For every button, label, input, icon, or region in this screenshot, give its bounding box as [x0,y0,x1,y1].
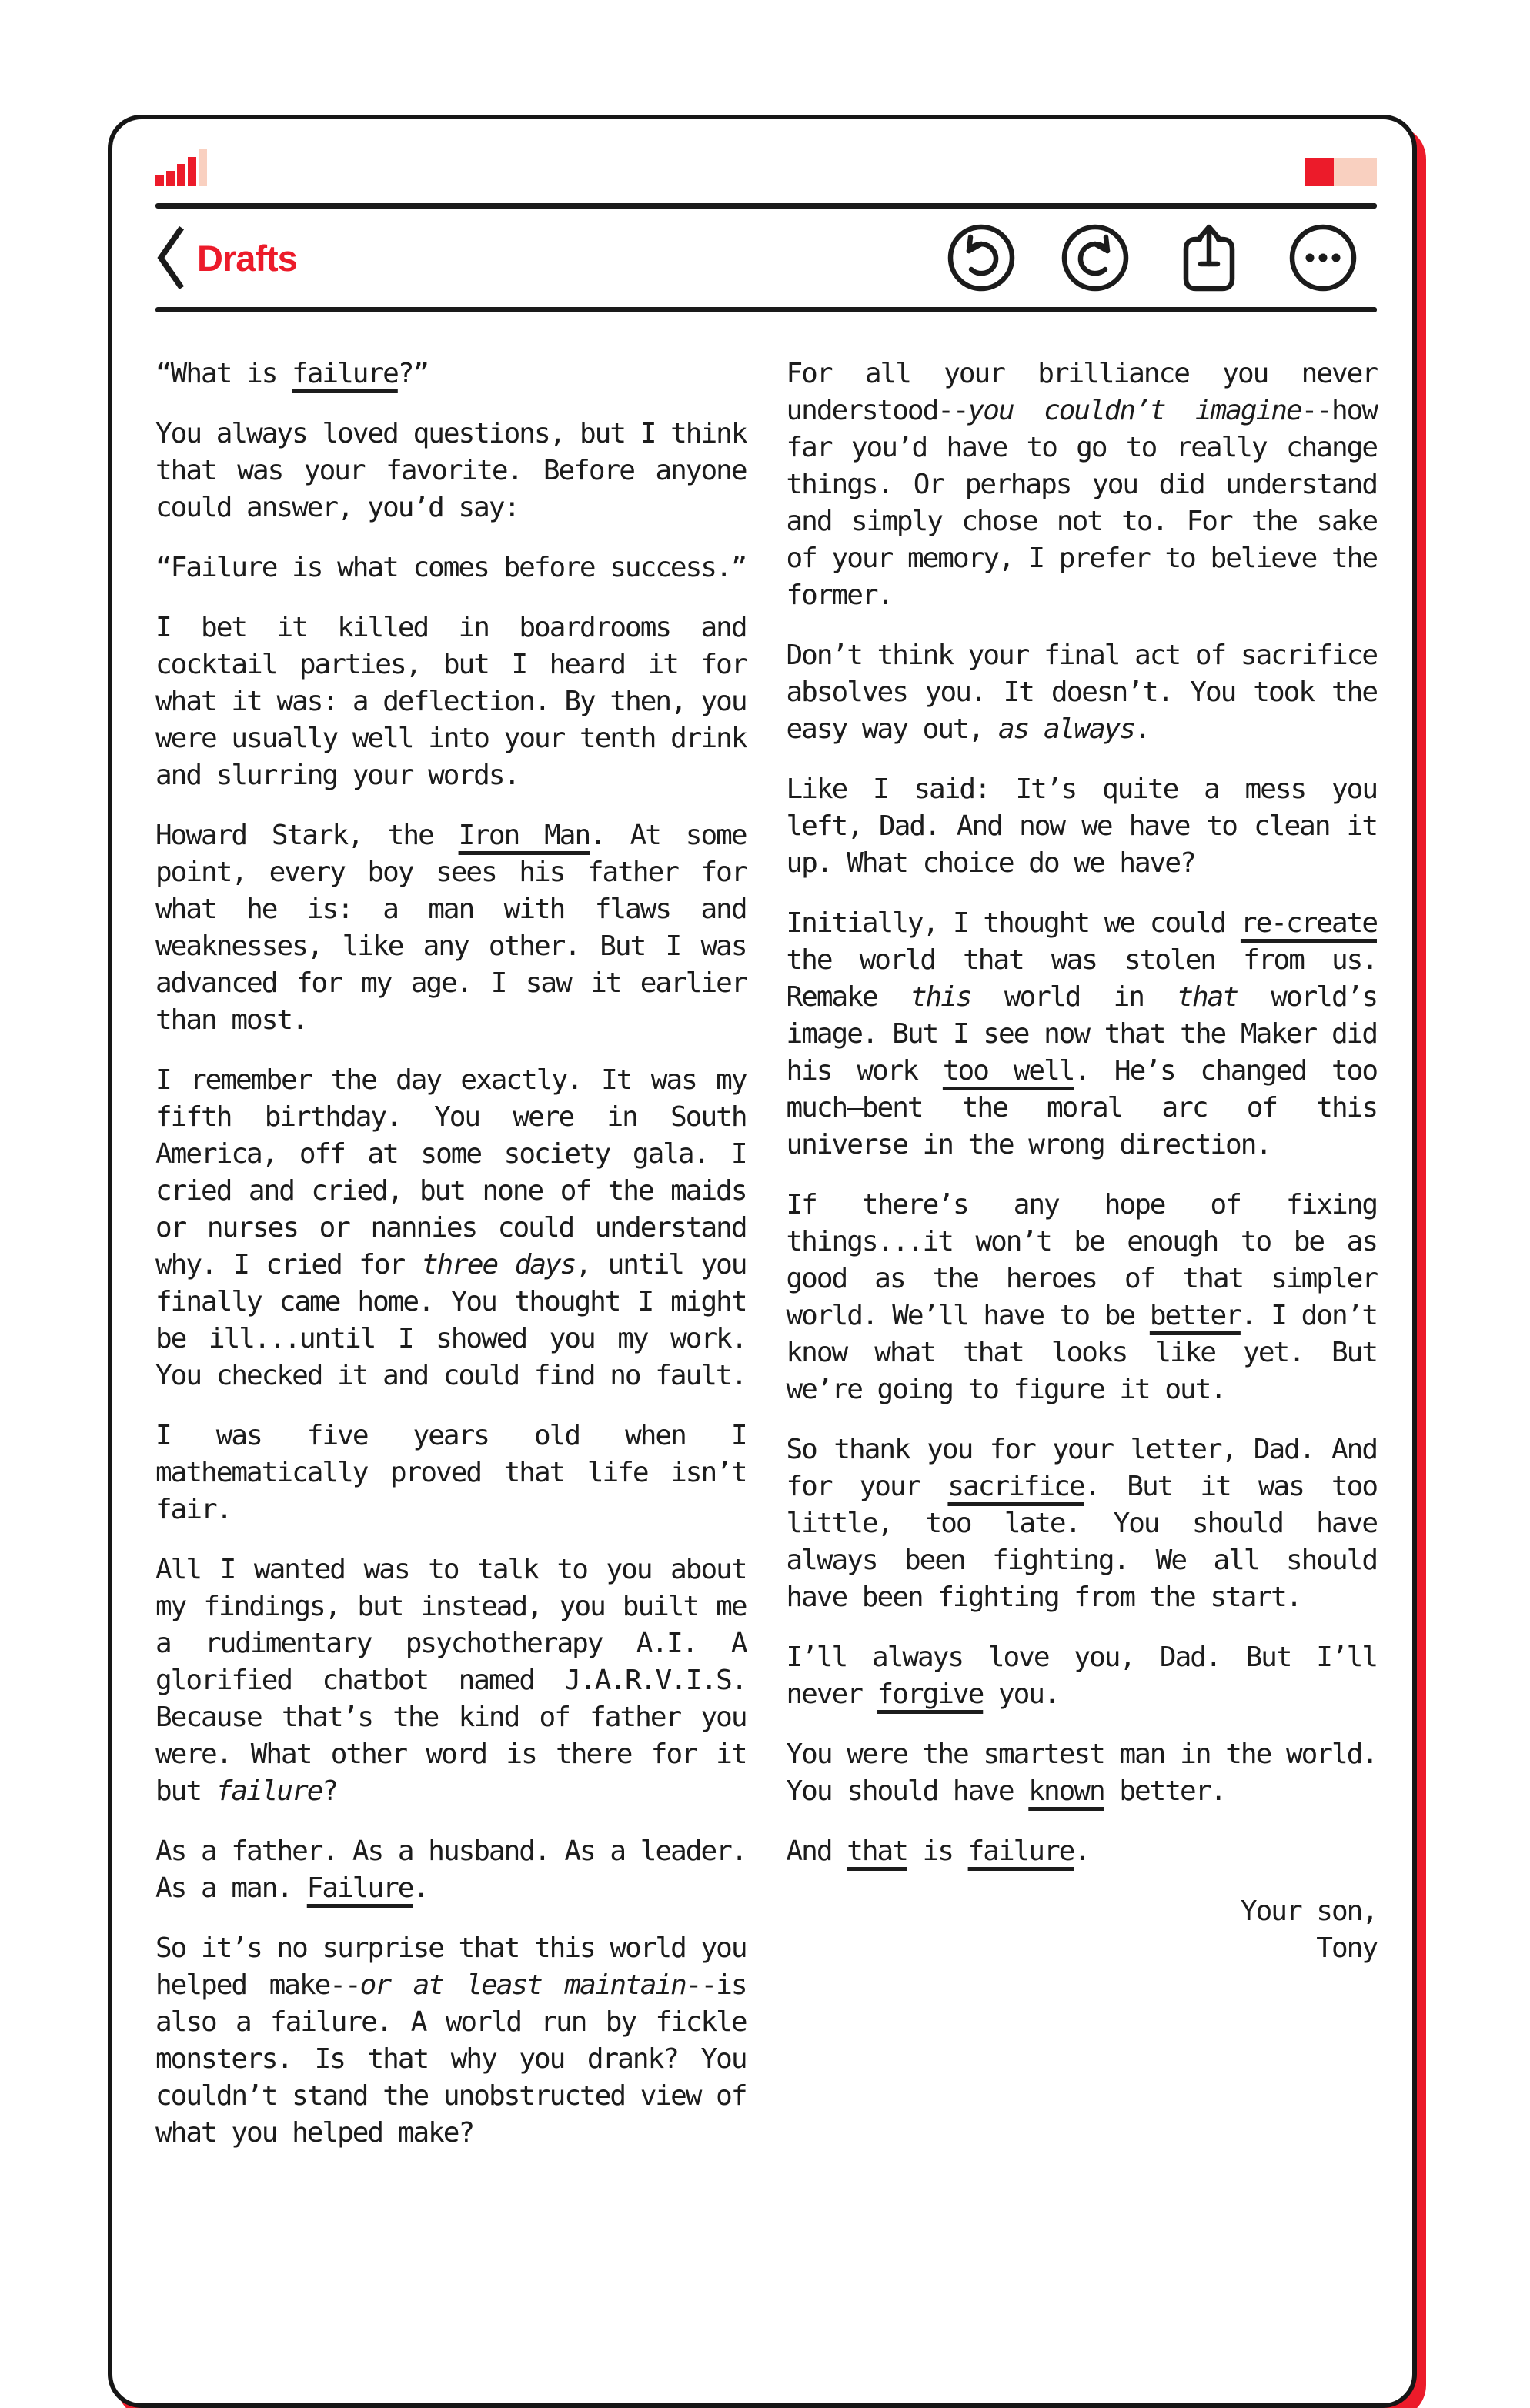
paragraph: I was five years old when I mathematical… [155,1418,747,1528]
paragraph: You always loved questions, but I think … [155,416,747,526]
underlined-text: that [847,1835,907,1867]
underlined-text: known [1028,1775,1104,1807]
text-run: “Failure is what comes before success.” [155,552,746,583]
signal-bar [155,175,164,186]
underlined-text: failure [968,1835,1074,1867]
text-run: . [1074,1835,1089,1867]
signal-bar [188,157,196,186]
battery-level-empty [1334,158,1377,186]
letter-column-right: For all your brilliance you never unders… [787,356,1378,2175]
paragraph: Like I said: It’s quite a mess you left,… [787,771,1378,882]
italic-text: three days [422,1249,576,1281]
drafts-note-card: Drafts [108,115,1417,2352]
undo-button[interactable] [947,224,1015,292]
header: Drafts [155,209,1377,307]
italic-text: failure [216,1775,322,1807]
text-run: . At some point, every boy sees his fath… [155,820,747,1036]
page-title: Drafts [197,237,297,279]
text-run: you. [983,1678,1058,1710]
text-run: world in [971,981,1178,1013]
underlined-text: sacrifice [947,1471,1084,1502]
paragraph: If there’s any hope of fixing things...i… [787,1187,1378,1408]
text-run: I’ll always love you, Dad. But I’ll neve… [787,1642,1378,1710]
text-run: Initially, I thought we could [787,907,1241,939]
underlined-text: better [1150,1300,1241,1331]
paragraph: I’ll always love you, Dad. But I’ll neve… [787,1639,1378,1713]
paragraph: I remember the day exactly. It was my fi… [155,1062,747,1394]
status-bar [155,119,1377,203]
paragraph: Initially, I thought we could re-create … [787,905,1378,1164]
underlined-text: too well [943,1055,1074,1087]
letter-column-right-paragraphs: For all your brilliance you never unders… [787,356,1378,1870]
signature-line: Tony [787,1930,1378,1967]
paragraph: So it’s no surprise that this world you … [155,1930,747,2152]
text-run: I was five years old when I mathematical… [155,1420,747,1525]
header-divider [155,307,1377,312]
text-run: All I wanted was to talk to you about my… [155,1554,747,1807]
signature: Your son, Tony [787,1893,1378,1967]
signal-bar [166,171,175,186]
header-actions [947,224,1357,292]
paragraph: You were the smartest man in the world. … [787,1736,1378,1810]
italic-text: you couldn’t imagine [968,395,1301,426]
battery-level-fill [1305,158,1334,186]
underlined-text: re-create [1241,907,1377,939]
redo-button[interactable] [1061,224,1129,292]
text-run: And [787,1835,847,1867]
text-run: ?” [398,358,428,389]
signal-bar [199,149,207,186]
underlined-text: failure [292,358,398,389]
text-run: Howard Stark, the [155,820,459,851]
more-icon [1289,224,1357,292]
text-run: better. [1104,1775,1225,1807]
text-run: You always loved questions, but I think … [155,418,747,523]
text-run: . [1134,713,1150,745]
text-run: Like I said: It’s quite a mess you left,… [787,773,1378,879]
undo-icon [947,224,1015,292]
paragraph: I bet it killed in boardrooms and cockta… [155,610,747,794]
italic-text: that [1177,981,1238,1013]
redo-icon [1061,224,1129,292]
share-button[interactable] [1175,224,1243,292]
text-run: . [413,1872,428,1904]
share-icon [1175,224,1243,292]
paragraph: And that is failure. [787,1833,1378,1870]
italic-text: as always [998,713,1134,745]
status-divider [155,203,1377,209]
paragraph: “What is failure?” [155,356,747,392]
paragraph: So thank you for your letter, Dad. And f… [787,1431,1378,1616]
battery-icon [1305,158,1377,186]
text-run: I remember the day exactly. It was my fi… [155,1064,747,1281]
more-button[interactable] [1289,224,1357,292]
text-run: is [907,1835,968,1867]
letter-column-left: “What is failure?”You always loved quest… [155,356,747,2175]
underlined-text: Iron Man [459,820,590,851]
italic-text: or at least maintain [360,1969,686,2001]
paragraph: Howard Stark, the Iron Man. At some poin… [155,817,747,1039]
signature-line: Your son, [787,1893,1378,1930]
chevron-left-icon [155,225,186,291]
text-run: I bet it killed in boardrooms and cockta… [155,612,747,791]
underlined-text: Failure [307,1872,413,1904]
text-run: “What is [155,358,292,389]
paragraph: “Failure is what comes before success.” [155,549,747,586]
paragraph: All I wanted was to talk to you about my… [155,1551,747,1810]
paragraph: Don’t think your final act of sacrifice … [787,637,1378,748]
paragraph: As a father. As a husband. As a leader. … [155,1833,747,1907]
signal-bar [177,164,185,186]
text-run: As a father. As a husband. As a leader. … [155,1835,747,1904]
back-button[interactable] [155,225,186,291]
text-run: ? [322,1775,337,1807]
signal-strength-icon [155,149,207,186]
italic-text: this [910,981,971,1013]
letter-body: “What is failure?”You always loved quest… [155,312,1377,2175]
underlined-text: forgive [877,1678,984,1710]
paragraph: For all your brilliance you never unders… [787,356,1378,614]
text-run: --how far you’d have to go to really cha… [787,395,1378,611]
